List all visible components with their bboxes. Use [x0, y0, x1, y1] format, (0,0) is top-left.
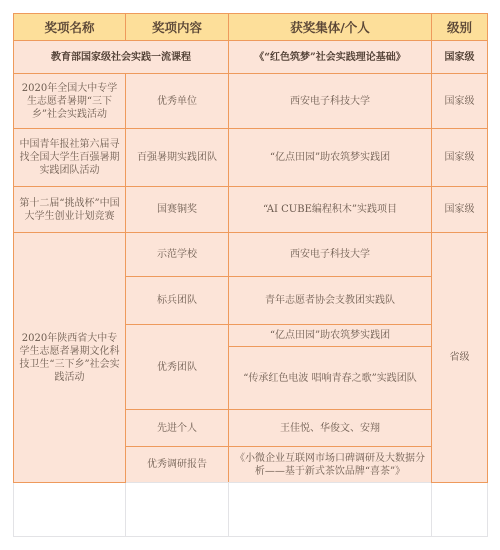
header-level: 级别 [432, 14, 488, 41]
winner: 王佳悦、华俊文、安翔 [229, 410, 432, 447]
empty-cell [14, 483, 126, 537]
winner: 《小微企业互联网市场口碑调研及大数据分析——基于新式茶饮品牌“喜茶”》 [229, 447, 432, 483]
awards-table: 奖项名称 奖项内容 获奖集体/个人 级别 教育部国家级社会实践一流课程 《“红色… [13, 13, 488, 537]
empty-row [14, 483, 488, 537]
table-row: 2020年全国大中专学生志愿者暑期“三下乡”社会实践活动 优秀单位 西安电子科技… [14, 74, 488, 129]
award-content: 百强暑期实践团队 [126, 129, 229, 187]
winner: “AI CUBE编程积木”实践项目 [229, 187, 432, 233]
level: 国家级 [432, 41, 488, 74]
award-name: 中国青年报社第六届寻找全国大学生百强暑期实践团队活动 [14, 129, 126, 187]
header-row: 奖项名称 奖项内容 获奖集体/个人 级别 [14, 14, 488, 41]
award-content: 国赛铜奖 [126, 187, 229, 233]
winner: 西安电子科技大学 [229, 74, 432, 129]
winner: “亿点田园”助农筑梦实践团 [229, 129, 432, 187]
level: 国家级 [432, 74, 488, 129]
award-name: 教育部国家级社会实践一流课程 [14, 41, 229, 74]
award-content: 优秀调研报告 [126, 447, 229, 483]
winner: “传承红色电波 唱响青春之歌”实践团队 [229, 347, 432, 410]
group-level: 省级 [432, 233, 488, 483]
table-row: 第十二届“挑战杯”中国大学生创业计划竞赛 国赛铜奖 “AI CUBE编程积木”实… [14, 187, 488, 233]
award-name: 第十二届“挑战杯”中国大学生创业计划竞赛 [14, 187, 126, 233]
winner: “亿点田园”助农筑梦实践团 [229, 325, 432, 347]
winner: 《“红色筑梦”社会实践理论基础》 [229, 41, 432, 74]
header-winner: 获奖集体/个人 [229, 14, 432, 41]
winner: 西安电子科技大学 [229, 233, 432, 277]
empty-cell [432, 483, 488, 537]
award-content: 标兵团队 [126, 277, 229, 325]
award-content: 优秀单位 [126, 74, 229, 129]
group-award-name: 2020年陕西省大中专学生志愿者暑期文化科技卫生“三下乡”社会实践活动 [14, 233, 126, 483]
level: 国家级 [432, 187, 488, 233]
table-row: 教育部国家级社会实践一流课程 《“红色筑梦”社会实践理论基础》 国家级 [14, 41, 488, 74]
table-row: 中国青年报社第六届寻找全国大学生百强暑期实践团队活动 百强暑期实践团队 “亿点田… [14, 129, 488, 187]
empty-cell [126, 483, 229, 537]
award-name: 2020年全国大中专学生志愿者暑期“三下乡”社会实践活动 [14, 74, 126, 129]
level: 国家级 [432, 129, 488, 187]
header-award-content: 奖项内容 [126, 14, 229, 41]
header-award-name: 奖项名称 [14, 14, 126, 41]
empty-cell [229, 483, 432, 537]
table-row: 2020年陕西省大中专学生志愿者暑期文化科技卫生“三下乡”社会实践活动 示范学校… [14, 233, 488, 277]
award-content: 先进个人 [126, 410, 229, 447]
award-content: 示范学校 [126, 233, 229, 277]
winner: 青年志愿者协会支教团实践队 [229, 277, 432, 325]
award-content: 优秀团队 [126, 325, 229, 410]
